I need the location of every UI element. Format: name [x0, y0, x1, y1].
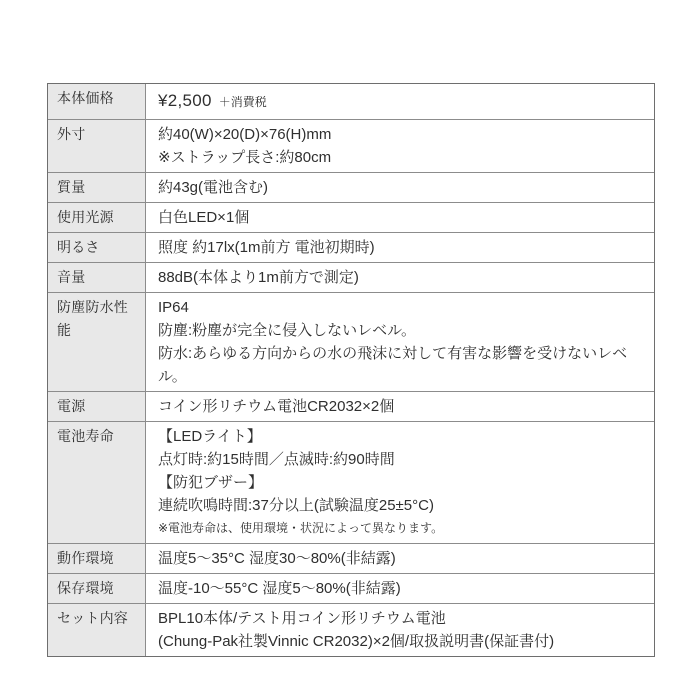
spec-value: 【LEDライト】 点灯時:約15時間／点滅時:約90時間 【防犯ブザー】 連続吹… [146, 422, 654, 543]
spec-value: コイン形リチウム電池CR2032×2個 [146, 392, 654, 421]
spec-value: 温度5〜35°C 湿度30〜80%(非結露) [146, 544, 654, 573]
spec-row-storage-env: 保存環境 温度-10〜55°C 湿度5〜80%(非結露) [48, 573, 654, 603]
spec-row-price: 本体価格 ¥2,500＋消費税 [48, 84, 654, 119]
spec-value-line: 照度 約17lx(1m前方 電池初期時) [158, 236, 648, 259]
spec-value-line: 温度5〜35°C 湿度30〜80%(非結露) [158, 547, 648, 570]
spec-value: 約43g(電池含む) [146, 173, 654, 202]
spec-value: BPL10本体/テスト用コイン形リチウム電池 (Chung-Pak社製Vinni… [146, 604, 654, 656]
spec-value-line: 温度-10〜55°C 湿度5〜80%(非結露) [158, 577, 648, 600]
spec-row-power: 電源 コイン形リチウム電池CR2032×2個 [48, 391, 654, 421]
spec-value-line: (Chung-Pak社製Vinnic CR2032)×2個/取扱説明書(保証書付… [158, 630, 648, 653]
spec-row-light-source: 使用光源 白色LED×1個 [48, 202, 654, 232]
spec-value: 照度 約17lx(1m前方 電池初期時) [146, 233, 654, 262]
spec-value-line: 【防犯ブザー】 [158, 471, 648, 494]
spec-value-line: 防水:あらゆる方向からの水の飛沫に対して有害な影響を受けないレベル。 [158, 342, 648, 388]
spec-value-line: 【LEDライト】 [158, 425, 648, 448]
spec-value-line: ※ストラップ長さ:約80cm [158, 146, 648, 169]
spec-label: 音量 [48, 263, 146, 292]
spec-row-brightness: 明るさ 照度 約17lx(1m前方 電池初期時) [48, 232, 654, 262]
spec-value: 白色LED×1個 [146, 203, 654, 232]
spec-value-line: 防塵:粉塵が完全に侵入しないレベル。 [158, 319, 648, 342]
spec-label: 防塵防水性能 [48, 293, 146, 391]
spec-label: 使用光源 [48, 203, 146, 232]
spec-value-line: 点灯時:約15時間／点滅時:約90時間 [158, 448, 648, 471]
spec-label: 保存環境 [48, 574, 146, 603]
spec-label: 電池寿命 [48, 422, 146, 543]
spec-value-line: 88dB(本体より1m前方で測定) [158, 266, 648, 289]
spec-value-line: 約40(W)×20(D)×76(H)mm [158, 123, 648, 146]
product-spec-table: 本体価格 ¥2,500＋消費税 外寸 約40(W)×20(D)×76(H)mm … [47, 83, 655, 657]
spec-row-operating-env: 動作環境 温度5〜35°C 湿度30〜80%(非結露) [48, 543, 654, 573]
spec-label: 動作環境 [48, 544, 146, 573]
price-value: ¥2,500 [158, 91, 212, 110]
spec-value-line: 白色LED×1個 [158, 206, 648, 229]
spec-value-line: BPL10本体/テスト用コイン形リチウム電池 [158, 607, 648, 630]
spec-value-line: 連続吹鳴時間:37分以上(試験温度25±5°C) [158, 494, 648, 517]
spec-label: 明るさ [48, 233, 146, 262]
spec-row-set-contents: セット内容 BPL10本体/テスト用コイン形リチウム電池 (Chung-Pak社… [48, 603, 654, 656]
price-line: ¥2,500＋消費税 [158, 87, 648, 116]
battery-life-note: ※電池寿命は、使用環境・状況によって異なります。 [158, 517, 648, 540]
spec-label: 外寸 [48, 120, 146, 172]
spec-value-line: IP64 [158, 296, 648, 319]
spec-value: ¥2,500＋消費税 [146, 84, 654, 119]
spec-row-ip-rating: 防塵防水性能 IP64 防塵:粉塵が完全に侵入しないレベル。 防水:あらゆる方向… [48, 292, 654, 391]
spec-label: 質量 [48, 173, 146, 202]
spec-row-weight: 質量 約43g(電池含む) [48, 172, 654, 202]
spec-value: IP64 防塵:粉塵が完全に侵入しないレベル。 防水:あらゆる方向からの水の飛沫… [146, 293, 654, 391]
tax-note: ＋消費税 [219, 95, 267, 109]
spec-label: 電源 [48, 392, 146, 421]
spec-value: 約40(W)×20(D)×76(H)mm ※ストラップ長さ:約80cm [146, 120, 654, 172]
spec-row-battery-life: 電池寿命 【LEDライト】 点灯時:約15時間／点滅時:約90時間 【防犯ブザー… [48, 421, 654, 543]
spec-value: 88dB(本体より1m前方で測定) [146, 263, 654, 292]
spec-row-dimensions: 外寸 約40(W)×20(D)×76(H)mm ※ストラップ長さ:約80cm [48, 119, 654, 172]
spec-value-line: 約43g(電池含む) [158, 176, 648, 199]
spec-label: セット内容 [48, 604, 146, 656]
spec-row-volume: 音量 88dB(本体より1m前方で測定) [48, 262, 654, 292]
spec-value: 温度-10〜55°C 湿度5〜80%(非結露) [146, 574, 654, 603]
spec-label: 本体価格 [48, 84, 146, 119]
spec-value-line: コイン形リチウム電池CR2032×2個 [158, 395, 648, 418]
